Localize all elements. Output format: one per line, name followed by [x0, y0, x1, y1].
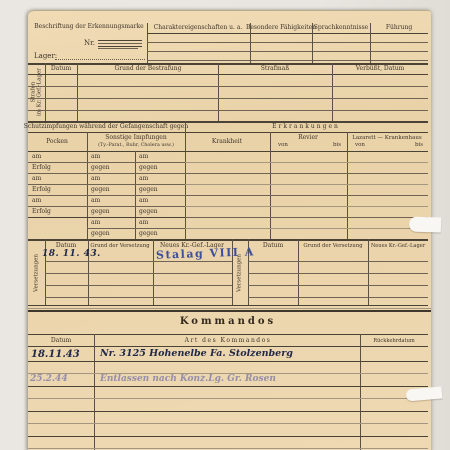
rule [185, 184, 428, 185]
lager-label: Lager: [34, 53, 57, 60]
vacc-cell: gegen [139, 165, 158, 171]
vacc-cell: am [32, 176, 41, 182]
rule [87, 228, 185, 229]
rule [28, 398, 428, 399]
vacc-cell: gegen [139, 187, 158, 193]
rule [185, 162, 428, 163]
kommandos-title: Kommandos [180, 317, 276, 327]
punch-notch [406, 386, 443, 401]
rule [28, 411, 428, 412]
strafen-divider [332, 63, 333, 121]
traits-divider [147, 23, 148, 63]
transfer-date-entry: 18. 11. 43. [42, 250, 101, 259]
kommando-entry-date: 25.2.44 [30, 375, 68, 384]
lazarett-header: Lazarett — Krankenhaus [352, 135, 422, 141]
rule [28, 346, 428, 347]
rule [45, 297, 232, 298]
rule [248, 261, 428, 262]
versetzungen-divider [153, 239, 154, 305]
versetzungen-divider [368, 239, 369, 305]
strafen-grund-header: Grund der Bestrafung [115, 66, 182, 72]
rule [28, 217, 185, 218]
pocken-header: Pocken [46, 139, 68, 145]
strafen-divider [218, 63, 219, 121]
rule [28, 436, 428, 437]
vacc-cell: gegen [139, 231, 158, 237]
strafen-datum-header: Datum [51, 66, 71, 72]
strafen-verbuesst-header: Verbüßt, Datum [356, 66, 405, 72]
versetzungen-side-label: Versetzungen [237, 254, 243, 292]
kommando-entry-date: 18.11.43 [31, 350, 80, 360]
versetzungen-grund-header: Grund der Versetzung [90, 243, 149, 248]
rule [147, 33, 428, 34]
stalag-stamp: Stalag VIII A [156, 246, 255, 260]
vacc-cell: Erfolg [32, 209, 51, 215]
rule [45, 273, 232, 274]
rule [28, 361, 428, 362]
rule [28, 98, 428, 99]
rule [185, 173, 428, 174]
vacc-cell: gegen [139, 209, 158, 215]
rule [28, 305, 428, 306]
vacc-header-left: Schutzimpfungen während der Gefangenscha… [24, 124, 188, 130]
rule [185, 195, 428, 196]
traits-divider [312, 23, 313, 63]
traits-col4-header: Führung [386, 25, 412, 31]
rule [28, 74, 428, 75]
strafen-mass-header: Strafmaß [261, 66, 289, 72]
versetzungen-datum-header: Datum [263, 243, 283, 249]
versetzungen-divider [298, 239, 299, 305]
punch-notch [409, 216, 442, 232]
kommandos-datum-header: Datum [51, 338, 71, 344]
vacc-cell: am [91, 220, 100, 226]
erased-number-line [98, 46, 142, 47]
vacc-cell: gegen [91, 187, 110, 193]
scanned-pow-card: Beschriftung der Erkennungsmarke Nr. Lag… [0, 0, 450, 450]
kommando-entry-text: Nr. 3125 Hohenelbe Fa. Stolzenberg [100, 349, 293, 359]
revier-bis-label: bis [333, 143, 341, 149]
rule [28, 151, 428, 152]
versetzungen-neu-header: Neues Kr.-Gef.-Lager [371, 243, 425, 248]
personalkarte-card: Beschriftung der Erkennungsmarke Nr. Lag… [28, 10, 431, 450]
krankheit-header: Krankheit [212, 139, 242, 145]
rule [28, 423, 428, 424]
vacc-cell: am [139, 198, 148, 204]
vacc-cell: am [32, 154, 41, 160]
vacc-header-right: Erkrankungen [272, 124, 340, 130]
vacc-divider [347, 132, 348, 239]
vacc-cell: am [139, 220, 148, 226]
vacc-cell: am [91, 176, 100, 182]
card-edge-line [28, 310, 431, 312]
vacc-cell: gegen [91, 209, 110, 215]
vacc-divider [87, 132, 88, 239]
vacc-center-divider [185, 121, 186, 239]
lager-dotted-line [55, 59, 145, 60]
id-block-title: Beschriftung der Erkennungsmarke [34, 24, 143, 30]
traits-col3-header: Sprachkenntnisse [314, 25, 368, 31]
kommandos-rueck-header: Rückkehrdatum [373, 338, 414, 343]
rule [28, 162, 185, 163]
rule [185, 228, 428, 229]
vacc-cell: am [139, 154, 148, 160]
vacc-cell: am [91, 154, 100, 160]
strafen-side-divider [45, 63, 46, 121]
vacc-cell: am [32, 198, 41, 204]
rule [45, 285, 232, 286]
rule [28, 173, 185, 174]
rule [28, 86, 428, 87]
rule [28, 386, 428, 387]
rule [248, 273, 428, 274]
traits-col1-header: Charaktereigenschaften u. a. [154, 25, 243, 31]
lazarett-bis-label: bis [415, 143, 423, 149]
rule [28, 334, 428, 335]
erased-number-line [98, 43, 142, 44]
rule [28, 184, 185, 185]
rule [147, 42, 428, 43]
rule [28, 195, 185, 196]
rule [28, 110, 428, 111]
vacc-cell: gegen [91, 231, 110, 237]
rule [185, 206, 428, 207]
vacc-cell: am [139, 176, 148, 182]
rule [28, 206, 185, 207]
erased-number-line [98, 40, 142, 41]
sonstige-subheader: (Ty.-Parat., Ruhr, Cholera usw.) [98, 143, 174, 148]
vacc-divider [270, 132, 271, 239]
traits-col2-header: Besondere Fähigkeiten [246, 25, 316, 31]
versetzungen-side-label: Versetzungen [34, 254, 40, 292]
vacc-cell: am [91, 198, 100, 204]
kommandos-art-header: Art des Kommandos [185, 338, 272, 344]
rule [248, 297, 428, 298]
vacc-cell: gegen [91, 165, 110, 171]
rule [28, 448, 428, 449]
card-edge-highlight [28, 308, 431, 309]
rule [45, 261, 232, 262]
lazarett-von-label: von [355, 143, 365, 149]
traits-divider [250, 23, 251, 63]
traits-divider [370, 23, 371, 63]
nr-label: Nr. [84, 40, 95, 47]
rule [248, 285, 428, 286]
revier-von-label: von [278, 143, 288, 149]
strafen-divider [77, 63, 78, 121]
kommandos-divider [360, 334, 361, 450]
erased-number-line [98, 48, 138, 49]
versetzungen-grund-header: Grund der Versetzung [303, 243, 362, 248]
kommando-entry-text: Entlassen nach Konz.Lg. Gr. Rosen [100, 375, 276, 384]
kommandos-divider [94, 334, 95, 450]
strafen-side-label: im Kr.-Gef.-Lager [37, 68, 43, 116]
revier-header: Revier [298, 135, 318, 141]
rule [147, 60, 428, 61]
rule [28, 132, 428, 133]
rule [185, 217, 428, 218]
vacc-cell: Erfolg [32, 187, 51, 193]
sonstige-header: Sonstige Impfungen [105, 135, 166, 141]
vacc-cell: Erfolg [32, 165, 51, 171]
rule [147, 51, 428, 52]
